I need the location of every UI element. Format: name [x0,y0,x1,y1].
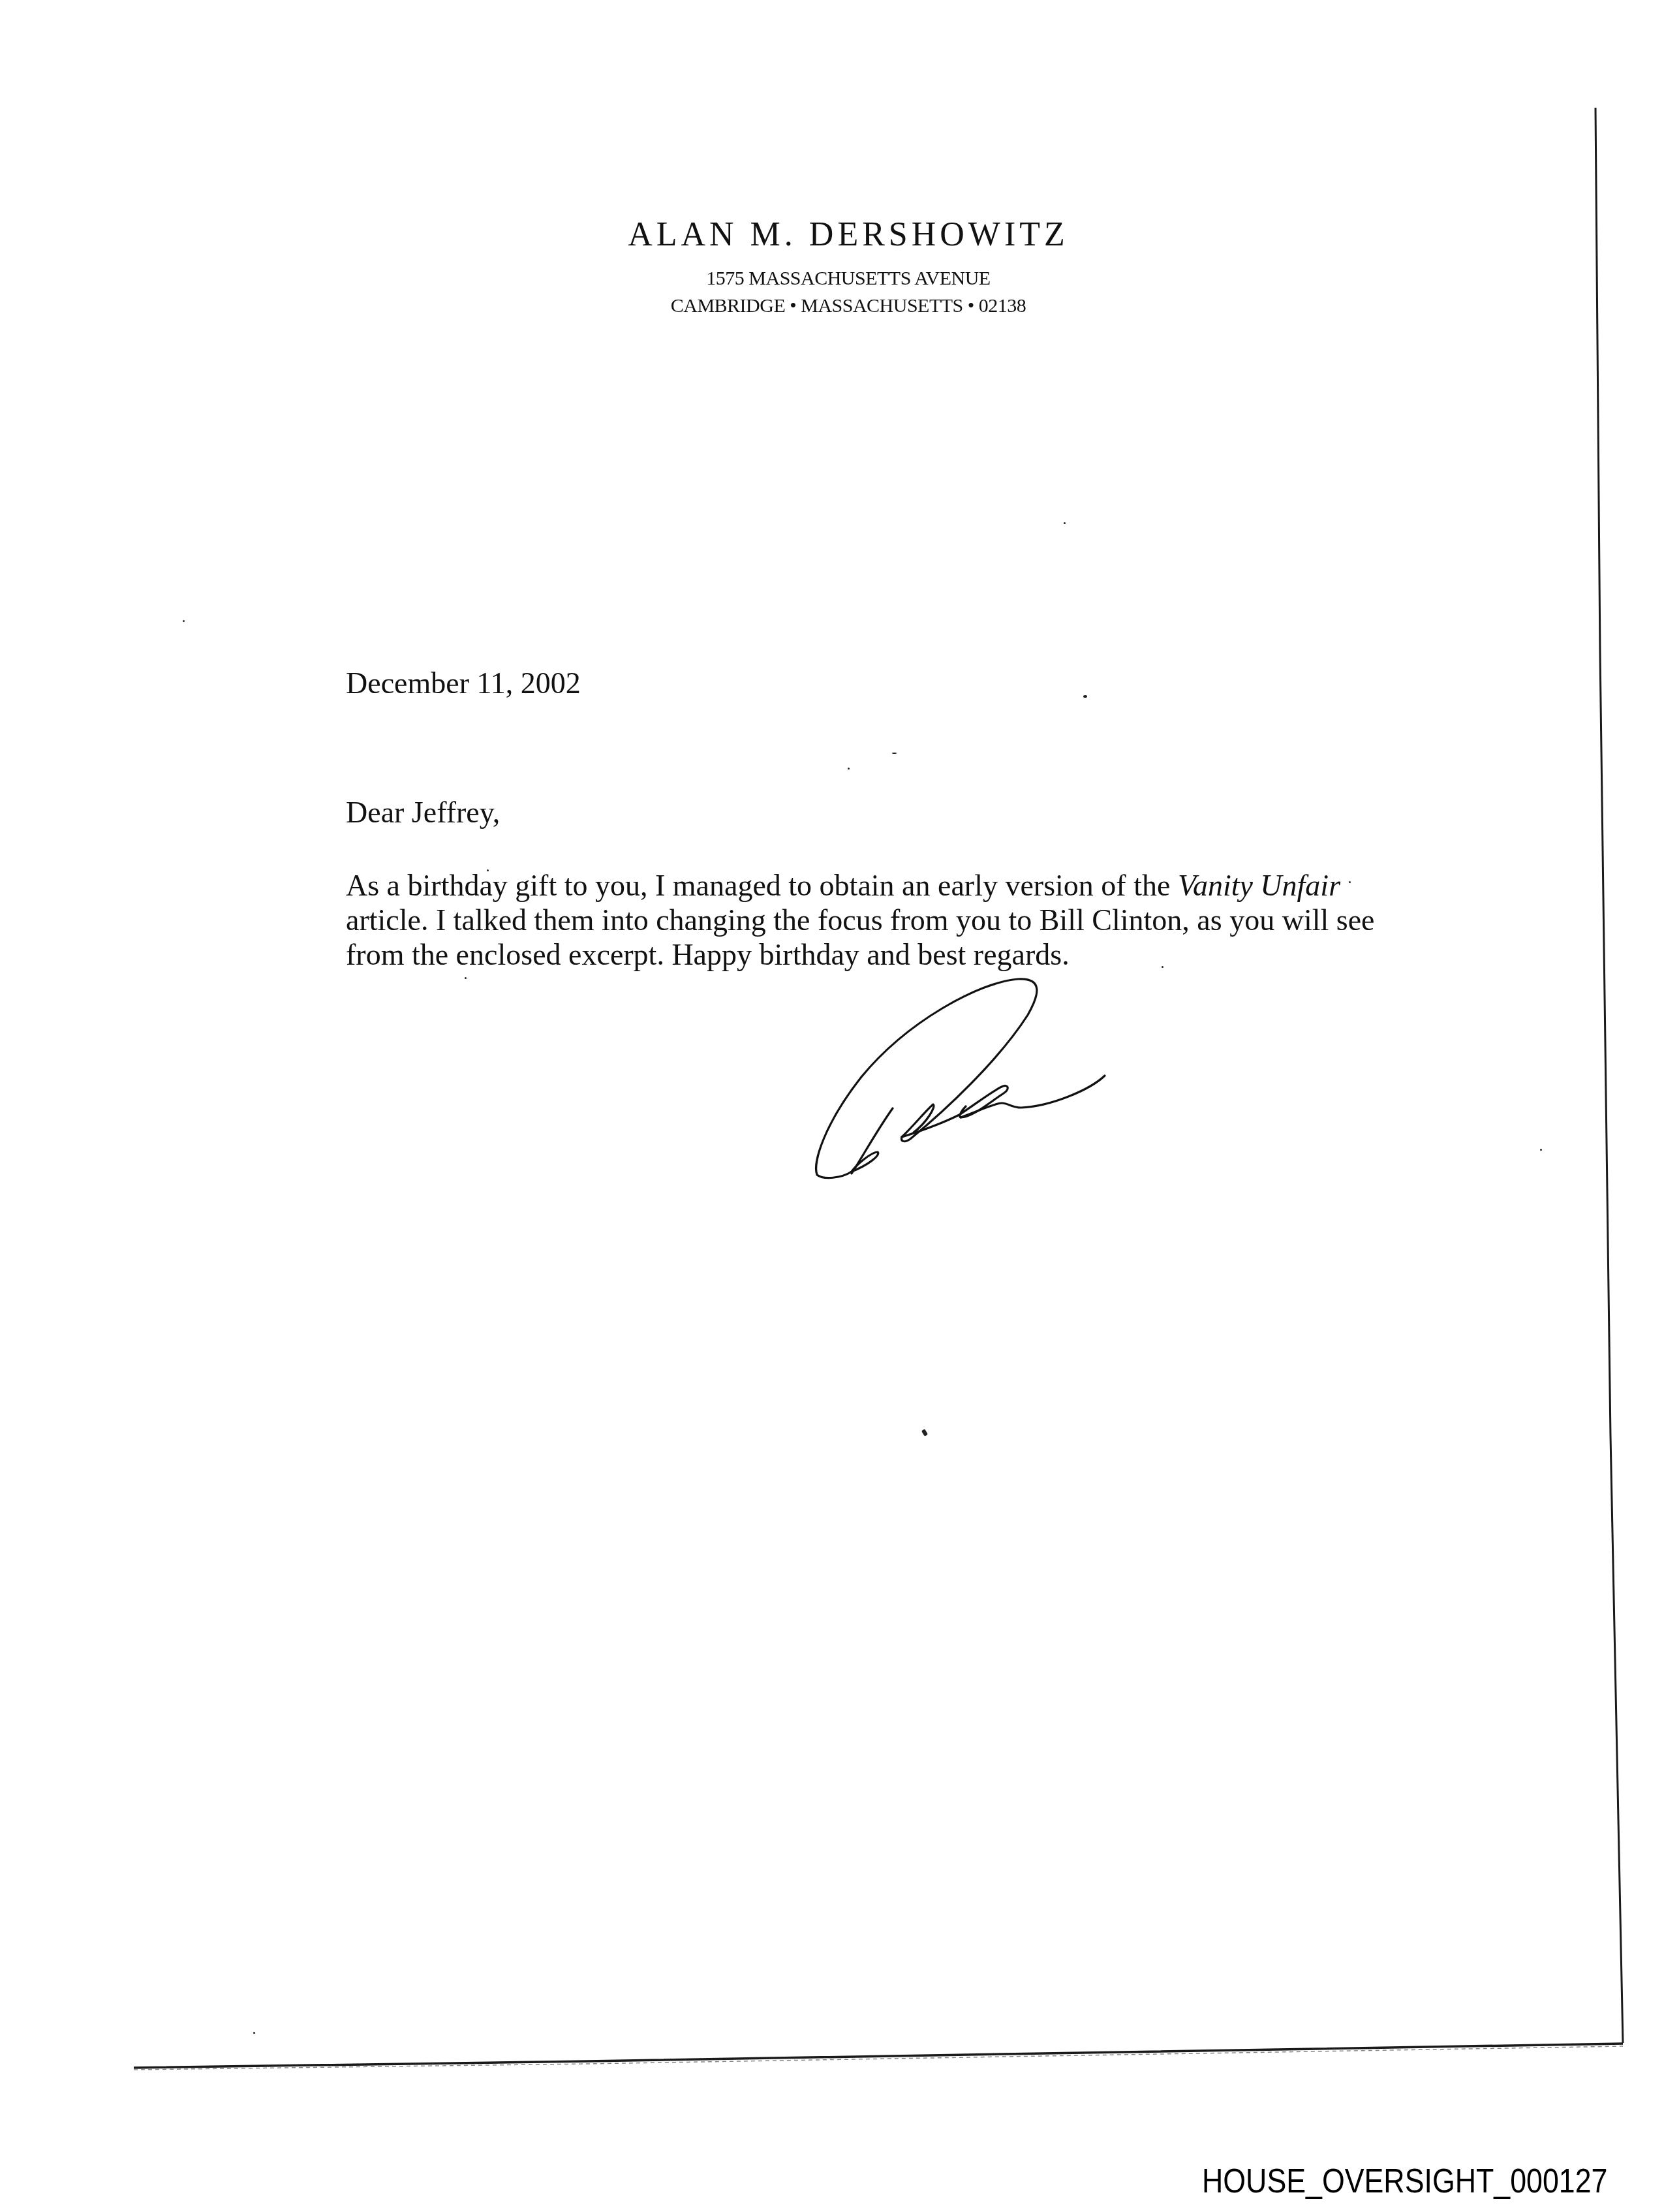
scan-speck [921,1429,928,1437]
scan-speck [465,977,467,979]
scan-speck [848,768,850,770]
scan-speck [1162,966,1163,968]
body-line-1: As a birthday gift to you, I managed to … [346,868,1403,903]
letterhead-address-line2: CAMBRIDGE • MASSACHUSETTS • 02138 [0,295,1664,317]
scan-right-border [1595,108,1623,2043]
letterhead-name: ALAN M. DERSHOWITZ [0,215,1664,255]
scan-speck [1083,695,1087,698]
scan-speck [1540,1149,1542,1151]
scan-speck [183,620,185,622]
scan-speck [1064,522,1066,524]
body-line-2: article. I talked them into changing the… [346,903,1403,937]
scan-speck [892,753,897,754]
publication-title: Vanity Unfair [1178,869,1340,902]
bates-number-label: HOUSE_OVERSIGHT_000127 [1202,2162,1607,2201]
letter-date: December 11, 2002 [346,666,581,701]
signature-icon [816,979,1105,1178]
letter-body: As a birthday gift to you, I managed to … [346,868,1403,972]
scan-speck [253,2032,255,2034]
scan-speck [487,869,489,871]
scanned-letter-page: ALAN M. DERSHOWITZ 1575 MASSACHUSETTS AV… [0,0,1664,2212]
scan-bottom-border [134,2044,1623,2068]
page-graphics [0,0,1664,2212]
letterhead-address-line1: 1575 MASSACHUSETTS AVENUE [0,268,1664,290]
body-line-1-text: As a birthday gift to you, I managed to … [346,869,1178,902]
body-line-3: from the enclosed excerpt. Happy birthda… [346,937,1403,972]
letter-salutation: Dear Jeffrey, [346,795,500,830]
scan-speck [1349,881,1351,883]
